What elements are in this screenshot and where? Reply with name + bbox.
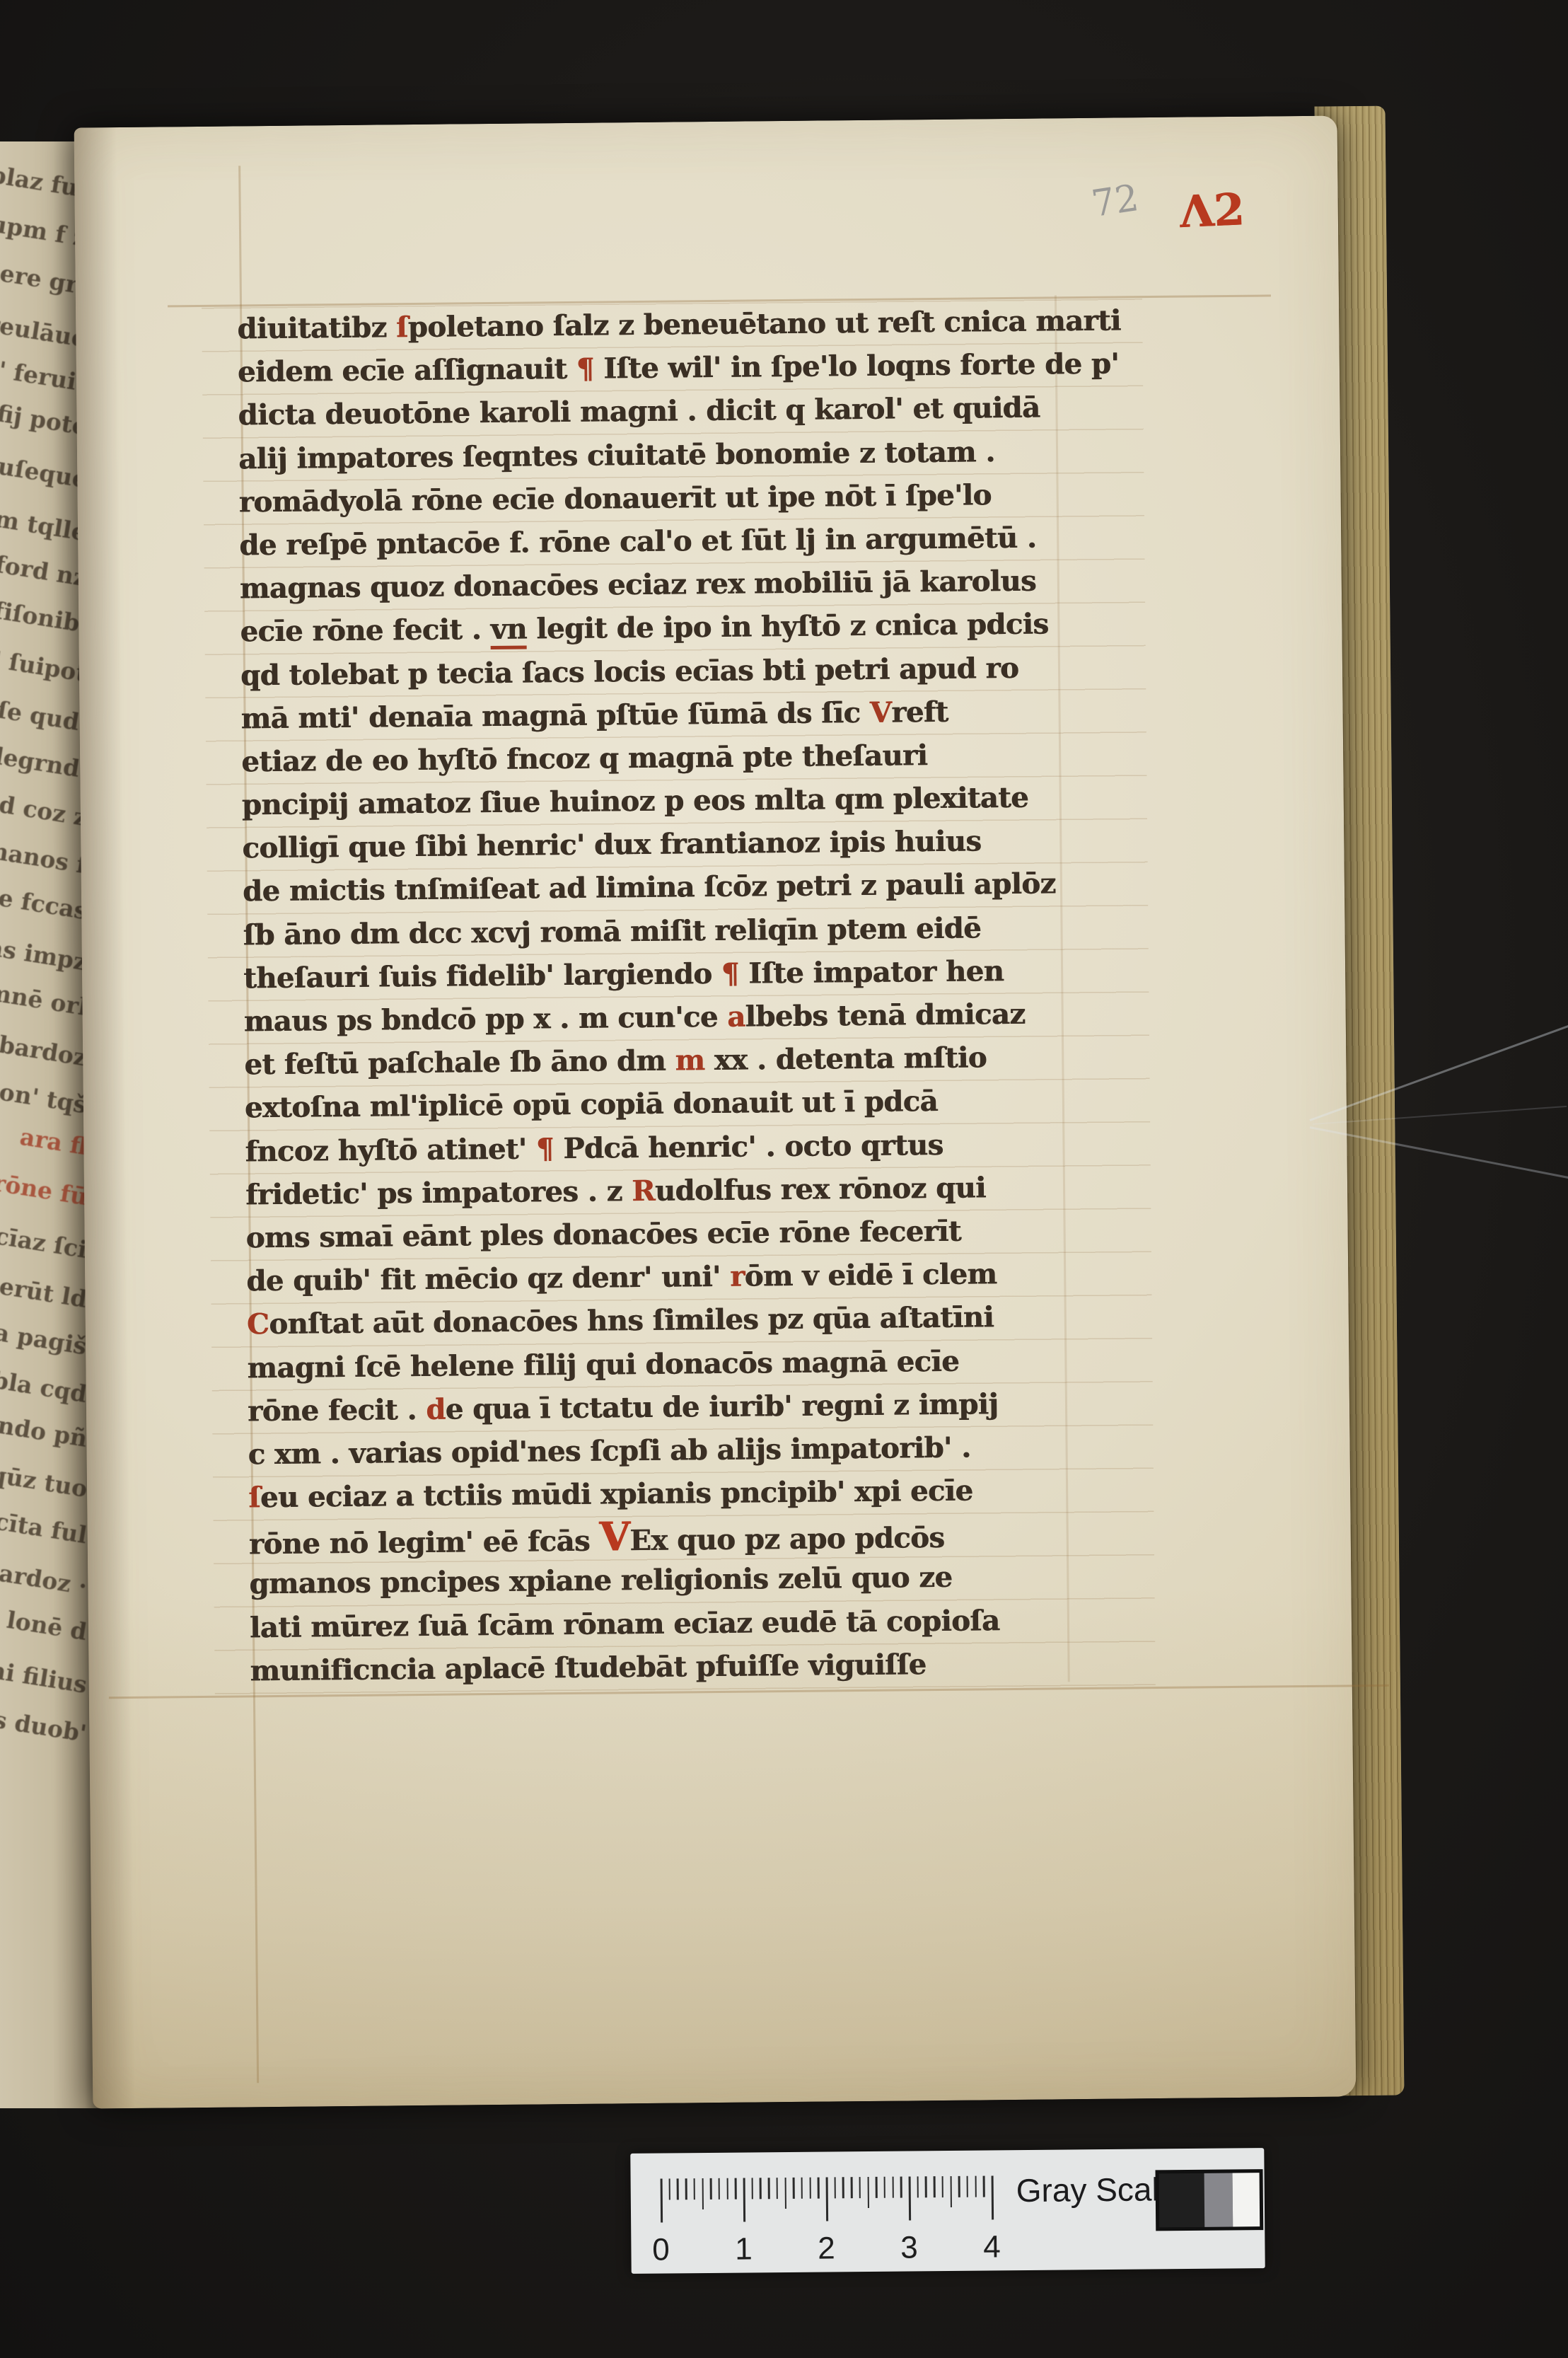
line-segment: fncoz hyſtō atinet' — [245, 1132, 536, 1168]
line-segment: V — [869, 695, 891, 729]
line-segment: r — [730, 1260, 745, 1293]
ruler-tick — [826, 2177, 828, 2221]
line-segment: et feſtū paſchale ſb āno dm — [244, 1044, 675, 1082]
folio-number-pencil: 72 — [1089, 177, 1142, 226]
ruler-tick — [867, 2177, 869, 2208]
line-segment: legit de ipo in hyſtō z cnica pdcis — [527, 608, 1049, 646]
ruler-tick — [743, 2178, 745, 2222]
facing-fragment: ms pon' tqš — [0, 1068, 89, 1119]
text-line: romādyolā rōne ecīe donauerīt ut ipe nōt… — [238, 472, 1102, 524]
text-line: ſb āno dm dcc xcvj romā miſit reliqīn pt… — [243, 905, 1106, 957]
text-line: dicta deuotōne karoli magni . dicit q ka… — [238, 386, 1101, 437]
ruler-tick — [892, 2177, 894, 2198]
text-line: rōne fecit . de qua ī tctatu de iurib' r… — [248, 1381, 1111, 1433]
folio-number-red: Λ2 — [1178, 183, 1245, 238]
ruler-tick — [751, 2178, 753, 2199]
ruler-tick — [677, 2178, 679, 2200]
facing-fragment: r extulerūt ld — [0, 1259, 89, 1313]
ruler-tick — [859, 2177, 861, 2198]
ruler-tick — [900, 2177, 902, 2198]
ruler-tick — [842, 2177, 844, 2198]
facing-fragment: z deffiſonib' — [0, 586, 89, 638]
facing-fragment: wndo pñ — [0, 1408, 89, 1452]
line-segment: eidem ecīe aſſignauit — [238, 352, 576, 389]
ruler-tick — [909, 2176, 911, 2220]
ruler-tick — [983, 2176, 985, 2197]
text-line: de mictis tnſmiſeat ad limina ſcōz petri… — [243, 862, 1106, 913]
line-segment: R — [632, 1174, 655, 1208]
ruler-tick — [685, 2178, 687, 2200]
ruler-tick — [726, 2178, 728, 2200]
ruler-tick — [818, 2178, 820, 2199]
line-segment: magnas quoz donacōes eciaz rex mobiliū j… — [240, 565, 1036, 606]
ruler-number: 1 — [735, 2231, 753, 2267]
facing-fragment: te reuſeque — [0, 443, 89, 494]
line-segment: xx . detenta mſtio — [704, 1041, 987, 1077]
ruler-tick — [876, 2177, 878, 2198]
ruler: 01234 — [630, 2148, 1264, 2154]
line-segment: c xm . varias opid'nes ſcpſi ab alijs im… — [248, 1431, 970, 1471]
line-segment: magni ſcē helene filij qui donacōs magnā… — [247, 1344, 959, 1385]
ruler-tick — [917, 2176, 919, 2197]
ruler-tick — [661, 2179, 663, 2223]
ruler-tick — [958, 2176, 960, 2197]
line-segment: ſ — [396, 311, 408, 344]
facing-fragment: ic wpenſe qud' — [0, 680, 88, 736]
facing-fragment: ar ordeſem tqlle — [0, 486, 88, 546]
line-segment: C — [247, 1307, 269, 1341]
photo-background: ls blaz fulfpaupm f zfoldere griam ud' r… — [0, 0, 1568, 2358]
text-line: qd tolebat p tecia ſacs locis ecīas bti … — [240, 645, 1104, 697]
facing-fragment: z gellas impz — [0, 922, 89, 976]
facing-fragment: magz legrnd' — [0, 729, 89, 783]
ruler-tick — [992, 2175, 994, 2219]
ruler-tick — [925, 2176, 927, 2197]
line-segment: V — [599, 1513, 630, 1560]
line-segment: a — [727, 1000, 745, 1034]
facing-fragment: q'a fmanos f — [0, 826, 89, 879]
facing-fragment: da qūz tuo — [0, 1454, 89, 1503]
line-segment: romādyolā rōne ecīe donauerīt ut ipe nōt… — [238, 478, 991, 519]
text-line: fridetic' ps impatores . z Rudolfus rex … — [245, 1164, 1109, 1216]
line-segment: rōne fecit . — [248, 1393, 426, 1428]
line-segment: munificncia aplacē ſtudebāt pfuiſſe vigu… — [250, 1648, 926, 1687]
line-segment: ¶ — [576, 352, 594, 386]
grayscale-patch — [1204, 2173, 1232, 2226]
facing-fragment: fit lmid coz z — [0, 778, 89, 831]
line-segment: lbebs tenā dmicaz — [745, 998, 1025, 1034]
line-segment: m — [675, 1044, 704, 1077]
facing-fragment: lombardoz · — [0, 1549, 89, 1600]
text-line: lati mūrez ſuā ſcām rōnam ecīaz eudē tā … — [250, 1597, 1113, 1649]
ruler-tick — [834, 2177, 836, 2198]
line-segment: mā mti' denaīa magnā pſtūe ſūmā ds ſīc — [240, 696, 870, 736]
line-segment: rōne nō legim' eē fcās — [249, 1525, 600, 1561]
ruler-tick — [702, 2178, 704, 2209]
ruler-tick — [784, 2178, 786, 2209]
line-segment: maus ps bndcō pp x . m cun'ce — [244, 1000, 728, 1039]
line-segment: Iſte impator hen — [739, 954, 1004, 990]
line-segment: extoſna ml'iplicē opū copiā donauit ut ī… — [245, 1085, 938, 1124]
line-segment: de quib' fit mēcio qz denr' uni' — [246, 1260, 730, 1298]
grayscale-patch — [1159, 2173, 1205, 2228]
ruler-number: 3 — [900, 2230, 918, 2265]
gray-scale-card: 01234 Gray Scale — [630, 2148, 1265, 2274]
line-segment: poletano ſalz z beneuētano ut reſt cnica… — [407, 304, 1120, 344]
ruler-tick — [851, 2177, 853, 2198]
line-segment: theſauri ſuis fidelib' largiendo — [243, 957, 721, 995]
line-segment: reft — [891, 695, 948, 729]
facing-fragment: fij pote — [0, 399, 89, 441]
line-segment: vn — [490, 613, 527, 649]
line-segment: etiaz de eo hyſtō fncoz q magnā pte theſ… — [241, 739, 927, 778]
line-segment: udolfus rex rōnoz qui — [655, 1171, 986, 1207]
text-line: alij impatores ſeqntes ciuitatē bonomie … — [238, 429, 1102, 480]
line-segment: alij impatores ſeqntes ciuitatē bonomie … — [238, 435, 995, 475]
ruler-number: 4 — [983, 2229, 1001, 2265]
text-line: Conſtat aūt donacōes hns ſimiles pz qūa … — [247, 1295, 1110, 1346]
line-segment: ſ — [248, 1481, 260, 1514]
text-block: diuitatibz ſpoletano ſalz z beneuētano u… — [237, 299, 1113, 1693]
facing-fragment: aduectis duob' — [0, 1690, 88, 1747]
ruler-tick — [975, 2176, 977, 2197]
line-segment: e qua ī tctatu de iurib' regni z impij — [445, 1387, 998, 1426]
line-segment: Iſte wil' in ſpe'lo loqns forte de p' — [594, 347, 1120, 386]
line-segment: ecīe rōne fecit . — [240, 613, 490, 648]
ruler-tick — [776, 2178, 778, 2199]
line-segment: eu eciaz a tctiis mūdi xpianis pncipib' … — [260, 1474, 973, 1515]
line-segment: qd tolebat p tecia ſacs locis ecīas bti … — [240, 651, 1019, 692]
facing-fragment: am ecīaz ſci — [0, 1212, 89, 1264]
line-segment: dicta deuotōne karoli magni . dicit q ka… — [238, 391, 1040, 432]
line-segment: ¶ — [721, 957, 739, 990]
facing-fragment: z mobla cqd — [0, 1356, 89, 1408]
ruler-tick — [793, 2178, 795, 2199]
line-segment: diuitatibz — [237, 311, 396, 345]
line-segment: colligī que ſibi henric' dux frantianoz … — [242, 825, 981, 865]
line-segment: ōm v eidē ī clem — [744, 1257, 997, 1293]
gray-scale-patches — [1156, 2169, 1264, 2231]
line-segment: Ex quo pz apo pdcōs — [629, 1521, 944, 1557]
text-line: munificncia aplacē ſtudebāt pfuiſſe vigu… — [250, 1641, 1113, 1692]
line-segment: onſtat aūt donacōes hns ſimiles pz qūa a… — [269, 1301, 994, 1341]
line-segment: de reſpē pntacōe f. rōne cal'o et ſūt lj… — [239, 521, 1036, 562]
gray-scale-label: Gray Scale — [1016, 2170, 1178, 2209]
facing-fragment: m pipini filius — [0, 1643, 88, 1699]
ruler-number: 2 — [818, 2231, 835, 2266]
ruler-tick — [883, 2177, 885, 2198]
ruler-number: 0 — [652, 2232, 670, 2267]
manuscript-page: 72 Λ2 diuitatibz ſpoletano ſalz z beneuē… — [74, 115, 1357, 2108]
line-segment: de mictis tnſmiſeat ad limina ſcōz petri… — [243, 867, 1056, 908]
grayscale-patch — [1232, 2173, 1260, 2226]
ruler-tick — [801, 2178, 803, 2199]
facing-fragment: ara fl — [18, 1123, 90, 1160]
line-segment: ſb āno dm dcc xcvj romā miſit reliqīn pt… — [243, 911, 981, 952]
line-segment: pncipij amatoz ſiue huinoz p eos mlta qm… — [242, 781, 1029, 822]
line-segment: d — [426, 1392, 446, 1426]
ruler-tick — [966, 2176, 968, 2197]
ruler-tick — [934, 2176, 936, 2197]
line-segment: ¶ — [536, 1132, 554, 1165]
facing-fragment: z cīta ful — [0, 1504, 89, 1549]
ruler-tick — [710, 2178, 712, 2200]
text-line: ecīe rōne fecit . vn legit de ipo in hyſ… — [240, 602, 1103, 654]
ruler-tick — [941, 2176, 943, 2197]
ruler-tick — [735, 2178, 737, 2200]
facing-fragment: rōne fū — [0, 1169, 89, 1210]
line-segment: lati mūrez ſuā ſcām rōnam ecīaz eudē tā … — [250, 1604, 1000, 1644]
facing-fragment: hlbe fccas — [0, 877, 89, 925]
ruler-tick — [768, 2178, 770, 2199]
facing-fragment: comnē orl — [0, 973, 89, 1022]
facing-fragment: ue lonē d — [0, 1600, 89, 1646]
ruler-tick — [950, 2176, 952, 2207]
line-segment: Pdcā henric' . octo qrtus — [554, 1128, 943, 1164]
ruler-tick — [809, 2178, 811, 2199]
facing-fragment: a lombardoz — [0, 1019, 89, 1071]
ruler-tick — [693, 2178, 695, 2200]
line-segment: gmanos pncipes xpiane religionis zelū qu… — [249, 1561, 952, 1601]
text-line: et feſtū paſchale ſb āno dm m xx . deten… — [244, 1035, 1108, 1087]
facing-fragment: fnddb' ſuipot — [0, 633, 89, 687]
line-segment: fridetic' ps impatores . z — [245, 1174, 632, 1211]
line-segment: oms smaī eānt ples donacōes ecīe rōne fe… — [245, 1215, 961, 1255]
facing-fragment: au ſua pagiš — [0, 1308, 89, 1360]
ruler-tick — [760, 2178, 762, 2199]
ruler-tick — [718, 2178, 720, 2200]
ruler-tick — [668, 2178, 670, 2200]
